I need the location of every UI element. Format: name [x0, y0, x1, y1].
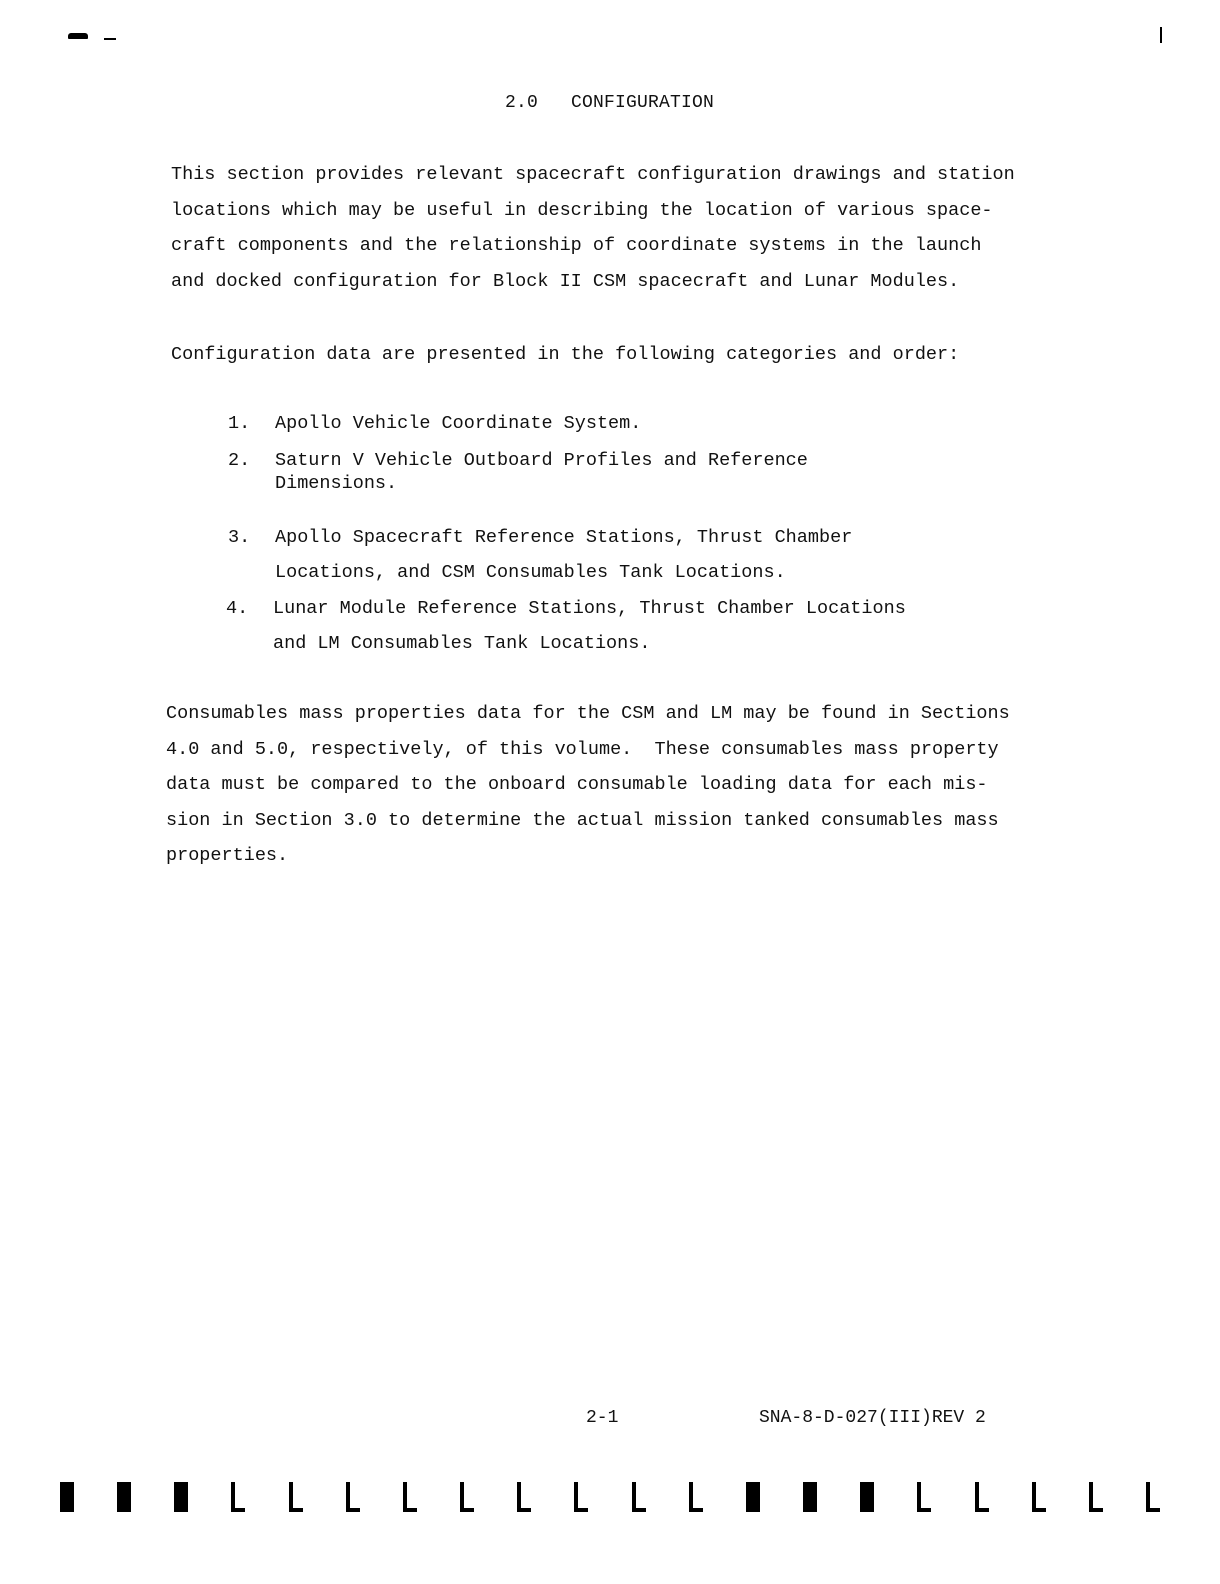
index-tab-mark	[460, 1482, 474, 1512]
index-tab-mark	[346, 1482, 360, 1512]
intro-paragraph: This section provides relevant spacecraf…	[171, 157, 1015, 299]
document-id: SNA-8-D-027(III)REV 2	[759, 1408, 986, 1428]
index-tab-mark	[632, 1482, 646, 1512]
index-tab-mark	[803, 1482, 817, 1512]
list-item-text: Apollo Spacecraft Reference Stations, Th…	[275, 520, 852, 590]
consumables-paragraph: Consumables mass properties data for the…	[166, 696, 1010, 874]
scan-artifact-mark	[68, 33, 88, 39]
index-tab-mark	[975, 1482, 989, 1512]
index-tab-mark	[574, 1482, 588, 1512]
document-page: 2.0 CONFIGURATION This section provides …	[0, 0, 1220, 1584]
index-tab-strip	[60, 1482, 1160, 1518]
scan-artifact-mark	[104, 38, 116, 40]
list-item-text: Lunar Module Reference Stations, Thrust …	[273, 591, 906, 661]
list-item-number: 2.	[228, 449, 250, 472]
index-tab-mark	[1032, 1482, 1046, 1512]
list-item-number: 1.	[228, 411, 250, 437]
page-number: 2-1	[586, 1408, 618, 1428]
index-tab-mark	[1089, 1482, 1103, 1512]
index-tab-mark	[289, 1482, 303, 1512]
index-tab-mark	[746, 1482, 760, 1512]
list-item-number: 3.	[228, 520, 250, 555]
index-tab-mark	[231, 1482, 245, 1512]
index-tab-mark	[60, 1482, 74, 1512]
scan-artifact-mark	[1160, 27, 1162, 43]
index-tab-mark	[689, 1482, 703, 1512]
list-item-text: Apollo Vehicle Coordinate System.	[275, 411, 641, 437]
index-tab-mark	[517, 1482, 531, 1512]
index-tab-mark	[403, 1482, 417, 1512]
index-tab-mark	[117, 1482, 131, 1512]
categories-intro-paragraph: Configuration data are presented in the …	[171, 337, 959, 373]
list-item-number: 4.	[226, 591, 248, 626]
section-heading: 2.0 CONFIGURATION	[505, 93, 714, 113]
index-tab-mark	[917, 1482, 931, 1512]
index-tab-mark	[1146, 1482, 1160, 1512]
index-tab-mark	[174, 1482, 188, 1512]
list-item-text: Saturn V Vehicle Outboard Profiles and R…	[275, 449, 808, 495]
index-tab-mark	[860, 1482, 874, 1512]
